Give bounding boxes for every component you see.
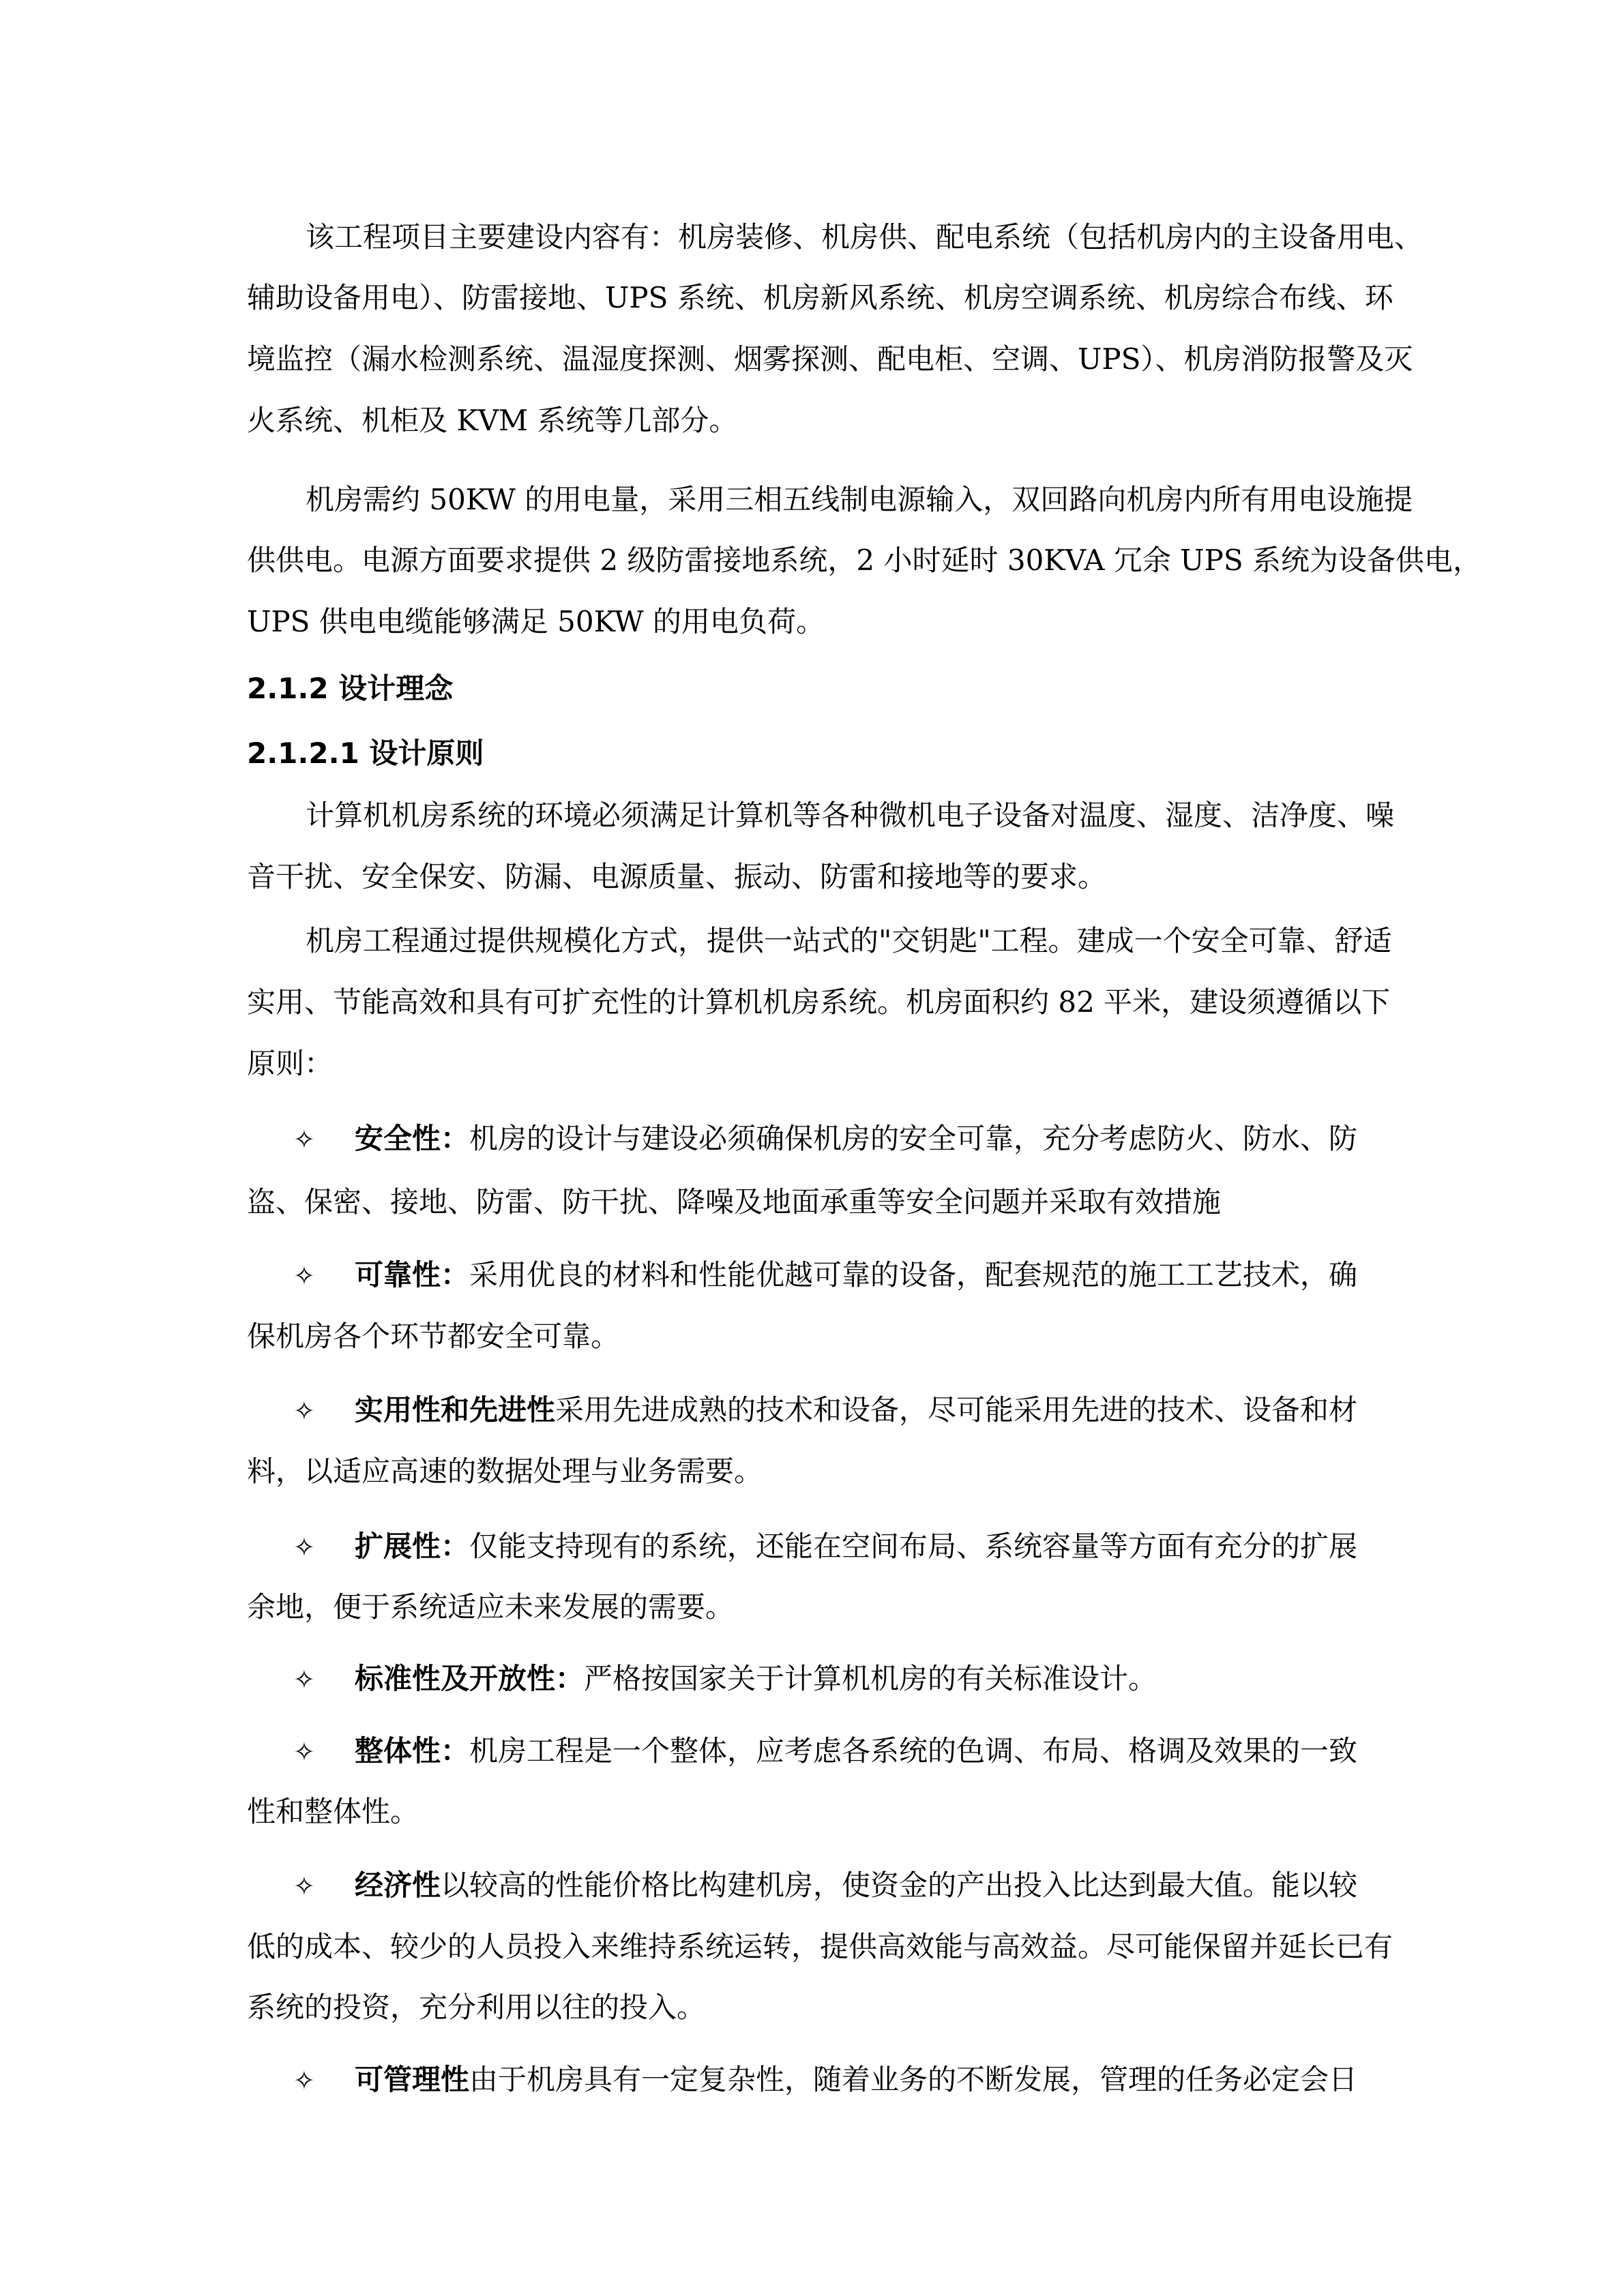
bullet-label: 可管理性 — [355, 2063, 469, 2096]
bullet-label: 可靠性： — [355, 1258, 469, 1292]
bullet-label: 整体性： — [355, 1734, 469, 1768]
four-point-star-bullet-icon: ✧ — [293, 1731, 355, 1772]
bullet-label: 标准性及开放性： — [355, 1662, 584, 1695]
paragraph-2-line-2: 供供电。电源方面要求提供 2 级防雷接地系统，2 小时延时 30KVA 冗余 U… — [247, 540, 1376, 581]
paragraph-2-line-1: 机房需约 50KW 的用电量，采用三相五线制电源输入，双回路向机房内所有用电设施… — [306, 479, 1376, 520]
section-heading-2-1-2: 2.1.2 设计理念 — [247, 668, 1376, 709]
bullet-continuation: 盗、保密、接地、防雷、防干扰、降噪及地面承重等安全问题并采取有效措施 — [247, 1182, 1376, 1223]
bullet-text: 严格按国家关于计算机机房的有关标准设计。 — [584, 1662, 1157, 1695]
four-point-star-bullet-icon: ✧ — [293, 1866, 355, 1907]
paragraph-1-line-3: 境监控（漏水检测系统、温湿度探测、烟雾探测、配电柜、空调、UPS）、机房消防报警… — [247, 339, 1376, 380]
bullet-label: 实用性和先进性 — [355, 1393, 555, 1427]
bullet-item-scalability: ✧扩展性：仅能支持现有的系统，还能在空间布局、系统容量等方面有充分的扩展 — [293, 1526, 1376, 1567]
four-point-star-bullet-icon: ✧ — [293, 1255, 355, 1296]
bullet-continuation: 料，以适应高速的数据处理与业务需要。 — [247, 1451, 1376, 1492]
bullet-label: 扩展性： — [355, 1530, 469, 1563]
paragraph-1-line-2: 辅助设备用电）、防雷接地、UPS 系统、机房新风系统、机房空调系统、机房综合布线… — [247, 278, 1376, 318]
bullet-item-economy: ✧经济性以较高的性能价格比构建机房，使资金的产出投入比达到最大值。能以较 — [293, 1865, 1376, 1906]
four-point-star-bullet-icon: ✧ — [293, 2060, 355, 2101]
bullet-text: 采用优良的材料和性能优越可靠的设备，配套规范的施工工艺技术，确 — [469, 1258, 1357, 1292]
bullet-text: 由于机房具有一定复杂性，随着业务的不断发展，管理的任务必定会日 — [469, 2063, 1357, 2096]
paragraph-1-line-4: 火系统、机柜及 KVM 系统等几部分。 — [247, 400, 1376, 441]
bullet-item-integrity: ✧整体性：机房工程是一个整体，应考虑各系统的色调、布局、格调及效果的一致 — [293, 1731, 1376, 1772]
bullet-item-standardization: ✧标准性及开放性：严格按国家关于计算机机房的有关标准设计。 — [293, 1658, 1376, 1699]
paragraph-4-line-2: 实用、节能高效和具有可扩充性的计算机机房系统。机房面积约 82 平米，建设须遵循… — [247, 982, 1376, 1023]
paragraph-3-line-1: 计算机机房系统的环境必须满足计算机等各种微机电子设备对温度、湿度、洁净度、噪 — [306, 795, 1376, 836]
paragraph-3-line-2: 音干扰、安全保安、防漏、电源质量、振动、防雷和接地等的要求。 — [247, 856, 1376, 897]
paragraph-4-line-1: 机房工程通过提供规模化方式，提供一站式的"交钥匙"工程。建成一个安全可靠、舒适 — [306, 921, 1376, 961]
four-point-star-bullet-icon: ✧ — [293, 1119, 355, 1160]
section-heading-2-1-2-1: 2.1.2.1 设计原则 — [247, 733, 1376, 774]
bullet-text: 机房的设计与建设必须确保机房的安全可靠，充分考虑防火、防水、防 — [469, 1122, 1357, 1155]
bullet-text: 仅能支持现有的系统，还能在空间布局、系统容量等方面有充分的扩展 — [469, 1530, 1357, 1563]
paragraph-2-line-3: UPS 供电电缆能够满足 50KW 的用电负荷。 — [247, 601, 1376, 642]
four-point-star-bullet-icon: ✧ — [293, 1659, 355, 1700]
bullet-text: 采用先进成熟的技术和设备，尽可能采用先进的技术、设备和材 — [555, 1393, 1357, 1427]
bullet-item-manageability: ✧可管理性由于机房具有一定复杂性，随着业务的不断发展，管理的任务必定会日 — [293, 2059, 1376, 2100]
bullet-item-practicality: ✧实用性和先进性采用先进成熟的技术和设备，尽可能采用先进的技术、设备和材 — [293, 1390, 1376, 1431]
bullet-continuation: 保机房各个环节都安全可靠。 — [247, 1316, 1376, 1357]
bullet-continuation: 性和整体性。 — [247, 1791, 1376, 1832]
bullet-item-security: ✧安全性：机房的设计与建设必须确保机房的安全可靠，充分考虑防火、防水、防 — [293, 1118, 1376, 1159]
four-point-star-bullet-icon: ✧ — [293, 1390, 355, 1431]
bullet-continuation: 余地，便于系统适应未来发展的需要。 — [247, 1587, 1376, 1628]
bullet-label: 安全性： — [355, 1122, 469, 1155]
paragraph-4-line-3: 原则： — [247, 1043, 1376, 1084]
bullet-continuation: 低的成本、较少的人员投入来维持系统运转，提供高效能与高效益。尽可能保留并延长已有 — [247, 1926, 1376, 1967]
paragraph-1-line-1: 该工程项目主要建设内容有：机房装修、机房供、配电系统（包括机房内的主设备用电、 — [306, 217, 1376, 258]
bullet-continuation: 系统的投资，充分利用以往的投入。 — [247, 1987, 1376, 2028]
four-point-star-bullet-icon: ✧ — [293, 1527, 355, 1568]
bullet-text: 机房工程是一个整体，应考虑各系统的色调、布局、格调及效果的一致 — [469, 1734, 1357, 1768]
bullet-text: 以较高的性能价格比构建机房，使资金的产出投入比达到最大值。能以较 — [441, 1868, 1357, 1902]
bullet-item-reliability: ✧可靠性：采用优良的材料和性能优越可靠的设备，配套规范的施工工艺技术，确 — [293, 1255, 1376, 1296]
bullet-label: 经济性 — [355, 1868, 441, 1902]
